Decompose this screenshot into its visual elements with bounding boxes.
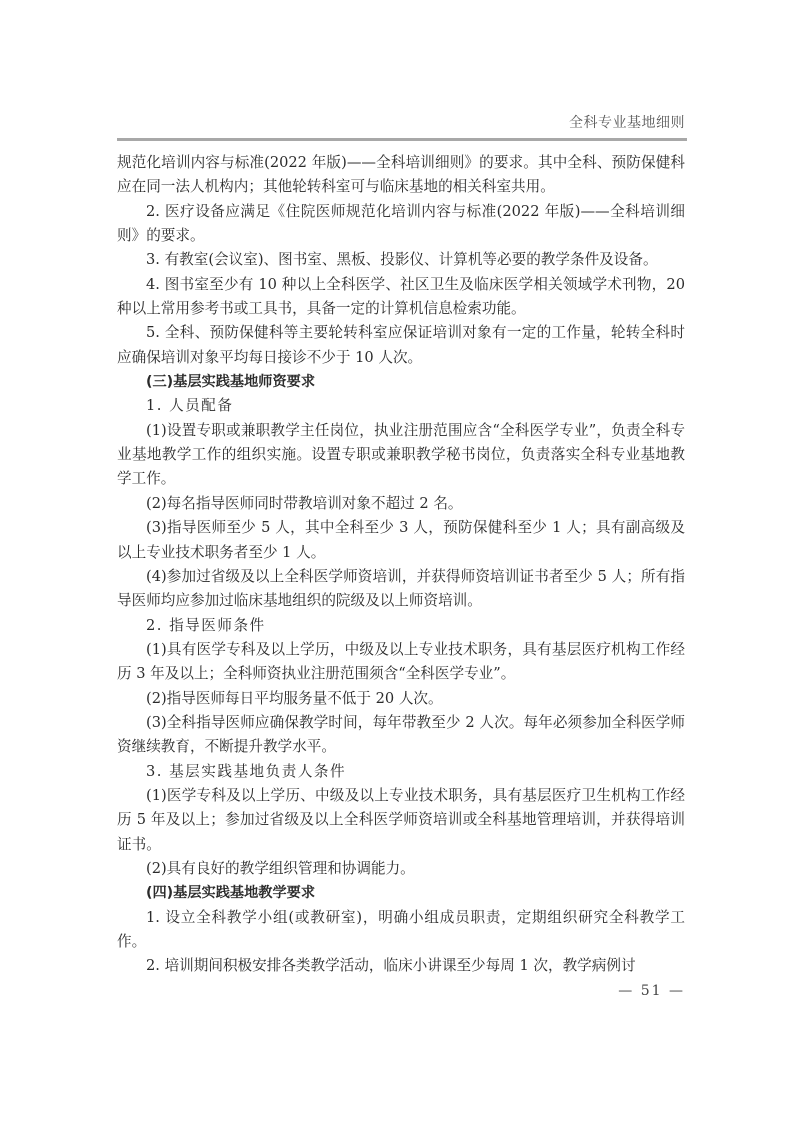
list-item: (4)参加过省级及以上全科医学师资培训，并获得师资培训证书者至少 5 人；所有指… [117, 565, 685, 614]
list-item: 5. 全科、预防保健科等主要轮转科室应保证培训对象有一定的工作量，轮转全科时应确… [117, 321, 685, 370]
list-item: (3)指导医师至少 5 人，其中全科至少 3 人，预防保健科至少 1 人；具有副… [117, 516, 685, 565]
page-number: — 51 — [117, 983, 685, 999]
list-item: 2. 培训期间积极安排各类教学活动，临床小讲课至少每周 1 次，教学病例讨 [117, 954, 685, 978]
subsection-heading: 2. 指导医师条件 [117, 614, 685, 638]
list-item: (2)每名指导医师同时带教培训对象不超过 2 名。 [117, 492, 685, 516]
running-head: 全科专业基地细则 [117, 112, 685, 132]
list-item: (3)全科指导医师应确保教学时间，每年带教至少 2 人次。每年必须参加全科医学师… [117, 711, 685, 760]
list-item: 3. 有教室(会议室)、图书室、黑板、投影仪、计算机等必要的教学条件及设备。 [117, 248, 685, 272]
subsection-heading: 1. 人员配备 [117, 394, 685, 418]
list-item: 2. 医疗设备应满足《住院医师规范化培训内容与标准(2022 年版)——全科培训… [117, 200, 685, 249]
body-text: 规范化培训内容与标准(2022 年版)——全科培训细则》的要求。其中全科、预防保… [117, 151, 685, 979]
subsection-heading: 3. 基层实践基地负责人条件 [117, 760, 685, 784]
paragraph-continuation: 规范化培训内容与标准(2022 年版)——全科培训细则》的要求。其中全科、预防保… [117, 151, 685, 200]
section-heading: (三)基层实践基地师资要求 [117, 370, 685, 394]
list-item: 1. 设立全科教学小组(或教研室)，明确小组成员职责，定期组织研究全科教学工作。 [117, 906, 685, 955]
list-item: 4. 图书室至少有 10 种以上全科医学、社区卫生及临床医学相关领域学术刊物，2… [117, 273, 685, 322]
list-item: (1)医学专科及以上学历、中级及以上专业技术职务，具有基层医疗卫生机构工作经历 … [117, 784, 685, 857]
header-rule [117, 138, 687, 141]
list-item: (1)具有医学专科及以上学历，中级及以上专业技术职务，具有基层医疗机构工作经历 … [117, 638, 685, 687]
list-item: (1)设置专职或兼职教学主任岗位，执业注册范围应含“全科医学专业”，负责全科专业… [117, 419, 685, 492]
section-heading: (四)基层实践基地教学要求 [117, 881, 685, 905]
list-item: (2)具有良好的教学组织管理和协调能力。 [117, 857, 685, 881]
list-item: (2)指导医师每日平均服务量不低于 20 人次。 [117, 687, 685, 711]
